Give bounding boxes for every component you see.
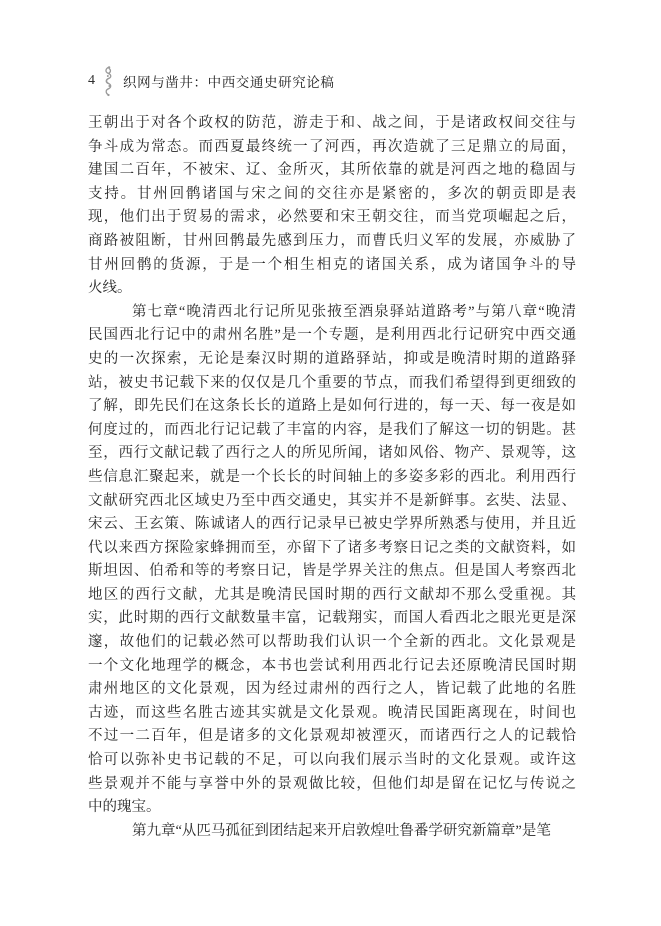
text-line: 宋云、王玄策、陈诚诸人的西行记录早已被史学界所熟悉与使用，并且近 xyxy=(88,513,576,537)
text-line: 第七章“晚清西北行记所见张掖至酒泉驿站道路考”与第八章“晚清 xyxy=(88,301,576,325)
text-line: 些信息汇聚起来，就是一个长长的时间轴上的多姿多彩的西北。利用西行 xyxy=(88,466,576,490)
floral-vine-ornament-icon xyxy=(102,65,115,97)
text-line: 商路被阻断，甘州回鹘最先感到压力，而曹氏归义军的发展，亦威胁了 xyxy=(88,230,576,254)
text-line: 火线。 xyxy=(88,277,576,301)
text-line: 王朝出于对各个政权的防范，游走于和、战之间，于是诸政权间交往与 xyxy=(88,112,576,136)
text-line: 文献研究西北区域史乃至中西交通史，其实并不是新鲜事。玄奘、法显、 xyxy=(88,490,576,514)
text-line: 站，被史书记载下来的仅仅是几个重要的节点，而我们希望得到更细致的 xyxy=(88,372,576,396)
text-line: 代以来西方探险家蜂拥而至，亦留下了诸多考察日记之类的文献资料，如 xyxy=(88,537,576,561)
text-line: 恰可以弥补史书记载的不足，可以向我们展示当时的文化景观。或许这 xyxy=(88,749,576,773)
text-line: 中的瑰宝。 xyxy=(88,796,576,820)
text-line: 甘州回鹘的货源，于是一个相生相克的诸国关系，成为诸国争斗的导 xyxy=(88,254,576,278)
text-line: 至，西行文献记载了西行之人的所见所闻，诸如风俗、物产、景观等，这 xyxy=(88,442,576,466)
text-line: 一个文化地理学的概念，本书也尝试利用西北行记去还原晚清民国时期 xyxy=(88,655,576,679)
text-line: 斯坦因、伯希和等的考察日记，皆是学界关注的焦点。但是国人考察西北 xyxy=(88,560,576,584)
text-line: 争斗成为常态。而西夏最终统一了河西，再次造就了三足鼎立的局面， xyxy=(88,136,576,160)
book-page: 4 织网与凿井：中西交通史研究论稿 王朝出于对各个政权的防范， xyxy=(0,0,661,926)
text-line: 地区的西行文献，尤其是晚清民国时期的西行文献却不那么受重视。其 xyxy=(88,584,576,608)
text-line: 建国二百年，不被宋、辽、金所灭，其所依靠的就是河西之地的稳固与 xyxy=(88,159,576,183)
text-line: 第九章“从匹马孤征到团结起来开启敦煌吐鲁番学研究新篇章”是笔 xyxy=(88,820,576,844)
page-number: 4 xyxy=(88,73,95,89)
text-line: 不过一二百年，但是诸多的文化景观却被湮灭，而诸西行之人的记载恰 xyxy=(88,725,576,749)
text-line: 何度过的，而西北行记记载了丰富的内容，是我们了解这一切的钥匙。甚 xyxy=(88,419,576,443)
running-head-book-title: 织网与凿井：中西交通史研究论稿 xyxy=(123,71,335,91)
text-line: 现，他们出于贸易的需求，必然要和宋王朝交往，而当党项崛起之后， xyxy=(88,206,576,230)
text-line: 邃，故他们的记载必然可以帮助我们认识一个全新的西北。文化景观是 xyxy=(88,631,576,655)
text-line: 些景观并不能与享誉中外的景观做比较，但他们却是留在记忆与传说之 xyxy=(88,773,576,797)
page-body-text: 王朝出于对各个政权的防范，游走于和、战之间，于是诸政权间交往与争斗成为常态。而西… xyxy=(88,112,576,843)
text-line: 了解，即先民们在这条长长的道路上是如何行进的，每一天、每一夜是如 xyxy=(88,395,576,419)
text-line: 肃州地区的文化景观，因为经过肃州的西行之人，皆记载了此地的名胜 xyxy=(88,678,576,702)
text-line: 古迹，而这些名胜古迹其实就是文化景观。晚清民国距离现在，时间也 xyxy=(88,702,576,726)
running-header: 4 织网与凿井：中西交通史研究论稿 xyxy=(88,64,576,98)
text-line: 实，此时期的西行文献数量丰富，记载翔实，而国人看西北之眼光更是深 xyxy=(88,607,576,631)
text-line: 史的一次探索，无论是秦汉时期的道路驿站，抑或是晚清时期的道路驿 xyxy=(88,348,576,372)
text-line: 民国西北行记中的肃州名胜”是一个专题，是利用西北行记研究中西交通 xyxy=(88,324,576,348)
text-line: 支持。甘州回鹘诸国与宋之间的交往亦是紧密的，多次的朝贡即是表 xyxy=(88,183,576,207)
